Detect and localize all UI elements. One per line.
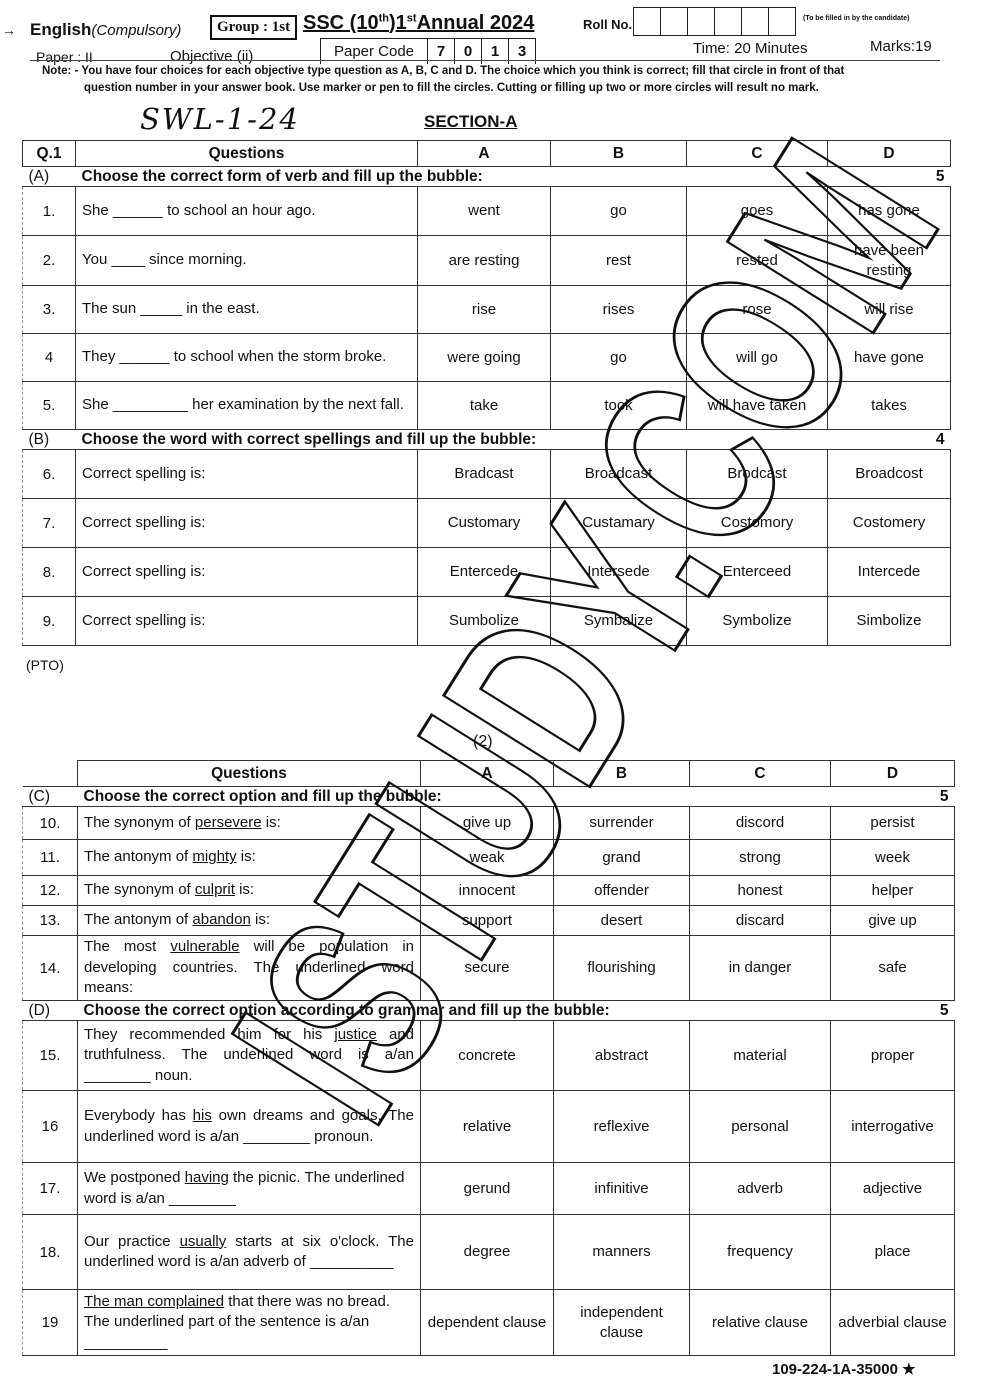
question-text-part: The antonym of bbox=[84, 911, 192, 928]
question-text: Everybody has his own dreams and goals. … bbox=[78, 1091, 421, 1163]
page-number: (2) bbox=[473, 733, 493, 751]
roll-digit-box[interactable] bbox=[741, 7, 769, 36]
question-number: 1. bbox=[23, 187, 76, 236]
part-d-instruction-row: (D) Choose the correct option according … bbox=[23, 1001, 955, 1021]
option-d[interactable]: has gone bbox=[828, 187, 951, 236]
section-title: SECTION-A bbox=[424, 112, 518, 132]
question-table-page1: Q.1 Questions A B C D (A) Choose the cor… bbox=[22, 140, 951, 646]
option-a[interactable]: support bbox=[421, 906, 554, 936]
option-d[interactable]: Intercede bbox=[828, 548, 951, 597]
option-a[interactable]: dependent clause bbox=[421, 1290, 554, 1356]
question-text-part: Everybody has bbox=[84, 1107, 193, 1124]
option-d[interactable]: adverbial clause bbox=[831, 1290, 955, 1356]
question-row: 1. She ______ to school an hour ago. wen… bbox=[23, 187, 951, 236]
option-c-header: C bbox=[690, 761, 831, 787]
question-text-part: The synonym of bbox=[84, 881, 195, 898]
option-b[interactable]: infinitive bbox=[554, 1163, 690, 1215]
option-c[interactable]: frequency bbox=[690, 1215, 831, 1290]
question-number: 7. bbox=[23, 499, 76, 548]
option-c[interactable]: will have taken bbox=[687, 382, 828, 430]
option-a[interactable]: are resting bbox=[418, 236, 551, 286]
question-text: Correct spelling is: bbox=[76, 499, 418, 548]
option-d[interactable]: have gone bbox=[828, 334, 951, 382]
option-b[interactable]: took bbox=[551, 382, 687, 430]
option-d[interactable]: place bbox=[831, 1215, 955, 1290]
option-a[interactable]: went bbox=[418, 187, 551, 236]
option-c[interactable]: material bbox=[690, 1021, 831, 1091]
option-d[interactable]: week bbox=[831, 840, 955, 876]
question-number: 9. bbox=[23, 597, 76, 646]
question-text: The synonym of persevere is: bbox=[78, 807, 421, 840]
question-row: 15. They recommended him for his justice… bbox=[23, 1021, 955, 1091]
question-text-part: They recommended him for his bbox=[84, 1026, 334, 1043]
question-number: 6. bbox=[23, 450, 76, 499]
group-badge: Group : 1st bbox=[210, 15, 297, 40]
option-a[interactable]: degree bbox=[421, 1215, 554, 1290]
option-b[interactable]: Custamary bbox=[551, 499, 687, 548]
option-b[interactable]: rest bbox=[551, 236, 687, 286]
part-instruction: Choose the correct option and fill up th… bbox=[78, 787, 831, 807]
option-c[interactable]: Enterceed bbox=[687, 548, 828, 597]
option-c[interactable]: Brodcast bbox=[687, 450, 828, 499]
option-d[interactable]: adjective bbox=[831, 1163, 955, 1215]
part-c-instruction-row: (C) Choose the correct option and fill u… bbox=[23, 787, 955, 807]
underlined-word: having bbox=[185, 1169, 229, 1186]
question-text-part: The antonym of bbox=[84, 848, 192, 865]
option-c-header: C bbox=[687, 141, 828, 167]
option-a[interactable]: give up bbox=[421, 807, 554, 840]
exam-title-sup: th bbox=[379, 12, 389, 24]
question-text: The synonym of culprit is: bbox=[78, 876, 421, 906]
option-d[interactable]: Broadcost bbox=[828, 450, 951, 499]
option-d[interactable]: takes bbox=[828, 382, 951, 430]
option-a[interactable]: innocent bbox=[421, 876, 554, 906]
subject-note: (Compulsory) bbox=[91, 22, 181, 39]
option-a[interactable]: take bbox=[418, 382, 551, 430]
option-a-header: A bbox=[421, 761, 554, 787]
option-c[interactable]: rose bbox=[687, 286, 828, 334]
exam-title-part: )1 bbox=[389, 12, 407, 34]
question-row: 11. The antonym of mighty is: weak grand… bbox=[23, 840, 955, 876]
option-a[interactable]: Customary bbox=[418, 499, 551, 548]
question-row: 16 Everybody has his own dreams and goal… bbox=[23, 1091, 955, 1163]
part-instruction: Choose the word with correct spellings a… bbox=[76, 430, 828, 450]
option-b[interactable]: Intersede bbox=[551, 548, 687, 597]
question-row: 19 The man complained that there was no … bbox=[23, 1290, 955, 1356]
option-a[interactable]: Bradcast bbox=[418, 450, 551, 499]
part-marks: 5 bbox=[831, 787, 955, 807]
option-d[interactable]: Simbolize bbox=[828, 597, 951, 646]
part-b-instruction-row: (B) Choose the word with correct spellin… bbox=[23, 430, 951, 450]
question-number: 2. bbox=[23, 236, 76, 286]
option-a[interactable]: rise bbox=[418, 286, 551, 334]
question-row: 3. The sun _____ in the east. rise rises… bbox=[23, 286, 951, 334]
part-instruction: Choose the correct option according to g… bbox=[78, 1001, 831, 1021]
question-text: They recommended him for his justice and… bbox=[78, 1021, 421, 1091]
question-text-part: The synonym of bbox=[84, 814, 195, 831]
total-marks: Marks:19 bbox=[870, 38, 932, 55]
question-text: Our practice usually starts at six o'clo… bbox=[78, 1215, 421, 1290]
question-row: 12. The synonym of culprit is: innocent … bbox=[23, 876, 955, 906]
question-number: 11. bbox=[23, 840, 78, 876]
option-a[interactable]: gerund bbox=[421, 1163, 554, 1215]
question-number: 3. bbox=[23, 286, 76, 334]
question-text: She _________ her examination by the nex… bbox=[76, 382, 418, 430]
question-number: 15. bbox=[23, 1021, 78, 1091]
question-text: The antonym of mighty is: bbox=[78, 840, 421, 876]
roll-digit-box[interactable] bbox=[768, 7, 796, 36]
question-number: 4 bbox=[23, 334, 76, 382]
question-table-page2: Questions A B C D (C) Choose the correct… bbox=[22, 760, 955, 1356]
option-b[interactable]: Symbalize bbox=[551, 597, 687, 646]
option-b[interactable]: go bbox=[551, 334, 687, 382]
option-a[interactable]: relative bbox=[421, 1091, 554, 1163]
option-c[interactable]: discard bbox=[690, 906, 831, 936]
handwritten-reference: SWL-1-24 bbox=[140, 102, 300, 136]
option-d[interactable]: proper bbox=[831, 1021, 955, 1091]
question-row: 8. Correct spelling is: Entercede Inters… bbox=[23, 548, 951, 597]
roll-digit-box[interactable] bbox=[660, 7, 688, 36]
question-text-part: Our practice bbox=[84, 1233, 180, 1250]
instructions-note: Note: - You have four choices for each o… bbox=[42, 63, 942, 97]
question-number: 13. bbox=[23, 906, 78, 936]
underlined-word: abandon bbox=[192, 911, 250, 928]
underlined-word: mighty bbox=[192, 848, 236, 865]
option-b[interactable]: offender bbox=[554, 876, 690, 906]
header-divider bbox=[30, 60, 940, 61]
option-d[interactable]: helper bbox=[831, 876, 955, 906]
option-b[interactable]: flourishing bbox=[554, 936, 690, 1001]
roll-number-label: Roll No. bbox=[583, 17, 632, 32]
question-number: 5. bbox=[23, 382, 76, 430]
option-b[interactable]: reflexive bbox=[554, 1091, 690, 1163]
question-text: Correct spelling is: bbox=[76, 548, 418, 597]
roll-digit-box[interactable] bbox=[714, 7, 742, 36]
question-text: We postponed having the picnic. The unde… bbox=[78, 1163, 421, 1215]
option-b[interactable]: rises bbox=[551, 286, 687, 334]
option-d-header: D bbox=[828, 141, 951, 167]
part-instruction: Choose the correct form of verb and fill… bbox=[76, 167, 828, 187]
option-a[interactable]: Entercede bbox=[418, 548, 551, 597]
option-a[interactable]: weak bbox=[421, 840, 554, 876]
question-text-part: is: bbox=[235, 881, 254, 898]
time-limit: Time: 20 Minutes bbox=[693, 40, 808, 57]
question-row: 6. Correct spelling is: Bradcast Broadca… bbox=[23, 450, 951, 499]
question-number: 10. bbox=[23, 807, 78, 840]
part-marks: 5 bbox=[831, 1001, 955, 1021]
question-row: 10. The synonym of persevere is: give up… bbox=[23, 807, 955, 840]
question-text-part: is: bbox=[237, 848, 256, 865]
underlined-word: vulnerable bbox=[170, 938, 239, 955]
exam-title-sup: st bbox=[407, 12, 417, 24]
roll-digit-box[interactable] bbox=[687, 7, 715, 36]
option-b[interactable]: independent clause bbox=[554, 1290, 690, 1356]
option-b[interactable]: surrender bbox=[554, 807, 690, 840]
subject-title: English(Compulsory) bbox=[30, 20, 181, 40]
question-row: 7. Correct spelling is: Customary Custam… bbox=[23, 499, 951, 548]
part-label: (B) bbox=[23, 430, 76, 450]
table-header-row: Q.1 Questions A B C D bbox=[23, 141, 951, 167]
roll-digit-box[interactable] bbox=[633, 7, 661, 36]
please-turn-over: (PTO) bbox=[26, 657, 64, 673]
subject-name: English bbox=[30, 20, 91, 39]
question-row: 9. Correct spelling is: Sumbolize Symbal… bbox=[23, 597, 951, 646]
q-number-header bbox=[23, 761, 78, 787]
question-text-part: is: bbox=[262, 814, 281, 831]
option-c[interactable]: will go bbox=[687, 334, 828, 382]
question-row: 13. The antonym of abandon is: support d… bbox=[23, 906, 955, 936]
option-d[interactable]: Costomery bbox=[828, 499, 951, 548]
question-row: 2. You ____ since morning. are resting r… bbox=[23, 236, 951, 286]
underlined-word: persevere bbox=[195, 814, 262, 831]
footer-code: 109-224-1A-35000 ★ bbox=[772, 1360, 916, 1378]
note-line: Note: - You have four choices for each o… bbox=[42, 65, 844, 77]
option-b[interactable]: manners bbox=[554, 1215, 690, 1290]
question-row: 17. We postponed having the picnic. The … bbox=[23, 1163, 955, 1215]
question-text: She ______ to school an hour ago. bbox=[76, 187, 418, 236]
question-number: 8. bbox=[23, 548, 76, 597]
question-text: The sun _____ in the east. bbox=[76, 286, 418, 334]
part-marks: 5 bbox=[828, 167, 951, 187]
question-text: Correct spelling is: bbox=[76, 597, 418, 646]
part-label: (A) bbox=[23, 167, 76, 187]
underlined-word: culprit bbox=[195, 881, 235, 898]
option-b[interactable]: grand bbox=[554, 840, 690, 876]
question-row: 18. Our practice usually starts at six o… bbox=[23, 1215, 955, 1290]
question-text-part: The most bbox=[84, 938, 170, 955]
option-c[interactable]: Symbolize bbox=[687, 597, 828, 646]
question-number: 17. bbox=[23, 1163, 78, 1215]
option-c[interactable]: rested bbox=[687, 236, 828, 286]
question-number: 18. bbox=[23, 1215, 78, 1290]
option-d[interactable]: have been resting bbox=[828, 236, 951, 286]
table-header-row: Questions A B C D bbox=[23, 761, 955, 787]
option-c[interactable]: Costomory bbox=[687, 499, 828, 548]
underlined-word: The man complained bbox=[84, 1293, 224, 1310]
exam-title: SSC (10th)1stAnnual 2024 bbox=[303, 12, 534, 35]
arrow-mark: → bbox=[2, 22, 16, 38]
option-a[interactable]: concrete bbox=[421, 1021, 554, 1091]
part-marks: 4 bbox=[828, 430, 951, 450]
option-b[interactable]: abstract bbox=[554, 1021, 690, 1091]
option-d[interactable]: interrogative bbox=[831, 1091, 955, 1163]
underlined-word: justice bbox=[334, 1026, 377, 1043]
questions-header: Questions bbox=[76, 141, 418, 167]
option-d[interactable]: safe bbox=[831, 936, 955, 1001]
option-a[interactable]: were going bbox=[418, 334, 551, 382]
question-row: 5. She _________ her examination by the … bbox=[23, 382, 951, 430]
question-text-part: We postponed bbox=[84, 1169, 185, 1186]
option-b[interactable]: desert bbox=[554, 906, 690, 936]
option-a-header: A bbox=[418, 141, 551, 167]
option-a[interactable]: secure bbox=[421, 936, 554, 1001]
question-text: The most vulnerable will be population i… bbox=[78, 936, 421, 1001]
option-c[interactable]: goes bbox=[687, 187, 828, 236]
underlined-word: his bbox=[193, 1107, 212, 1124]
part-label: (C) bbox=[23, 787, 78, 807]
option-d[interactable]: will rise bbox=[828, 286, 951, 334]
question-text: The antonym of abandon is: bbox=[78, 906, 421, 936]
option-d[interactable]: give up bbox=[831, 906, 955, 936]
question-number: 19 bbox=[23, 1290, 78, 1356]
option-c[interactable]: strong bbox=[690, 840, 831, 876]
question-number: 12. bbox=[23, 876, 78, 906]
question-row: 4 They ______ to school when the storm b… bbox=[23, 334, 951, 382]
exam-title-part: Annual 2024 bbox=[417, 12, 535, 34]
question-text: You ____ since morning. bbox=[76, 236, 418, 286]
exam-title-part: SSC (10 bbox=[303, 12, 379, 34]
option-c[interactable]: adverb bbox=[690, 1163, 831, 1215]
question-text: The man complained that there was no bre… bbox=[78, 1290, 421, 1356]
part-label: (D) bbox=[23, 1001, 78, 1021]
option-c[interactable]: honest bbox=[690, 876, 831, 906]
roll-number-note: (To be filled in by the candidate) bbox=[803, 15, 909, 22]
option-c[interactable]: relative clause bbox=[690, 1290, 831, 1356]
option-b[interactable]: go bbox=[551, 187, 687, 236]
question-text: They ______ to school when the storm bro… bbox=[76, 334, 418, 382]
question-text: Correct spelling is: bbox=[76, 450, 418, 499]
option-c[interactable]: in danger bbox=[690, 936, 831, 1001]
part-a-instruction-row: (A) Choose the correct form of verb and … bbox=[23, 167, 951, 187]
note-line: question number in your answer book. Use… bbox=[42, 80, 942, 97]
question-number: 16 bbox=[23, 1091, 78, 1163]
option-d-header: D bbox=[831, 761, 955, 787]
option-c[interactable]: discord bbox=[690, 807, 831, 840]
option-d[interactable]: persist bbox=[831, 807, 955, 840]
option-c[interactable]: personal bbox=[690, 1091, 831, 1163]
question-number: 14. bbox=[23, 936, 78, 1001]
question-text-part: is: bbox=[251, 911, 270, 928]
roll-number-boxes[interactable] bbox=[634, 7, 796, 36]
underlined-word: usually bbox=[180, 1233, 227, 1250]
questions-header: Questions bbox=[78, 761, 421, 787]
option-b[interactable]: Broadcast bbox=[551, 450, 687, 499]
option-a[interactable]: Sumbolize bbox=[418, 597, 551, 646]
option-b-header: B bbox=[551, 141, 687, 167]
question-row: 14. The most vulnerable will be populati… bbox=[23, 936, 955, 1001]
option-b-header: B bbox=[554, 761, 690, 787]
q-number-header: Q.1 bbox=[23, 141, 76, 167]
